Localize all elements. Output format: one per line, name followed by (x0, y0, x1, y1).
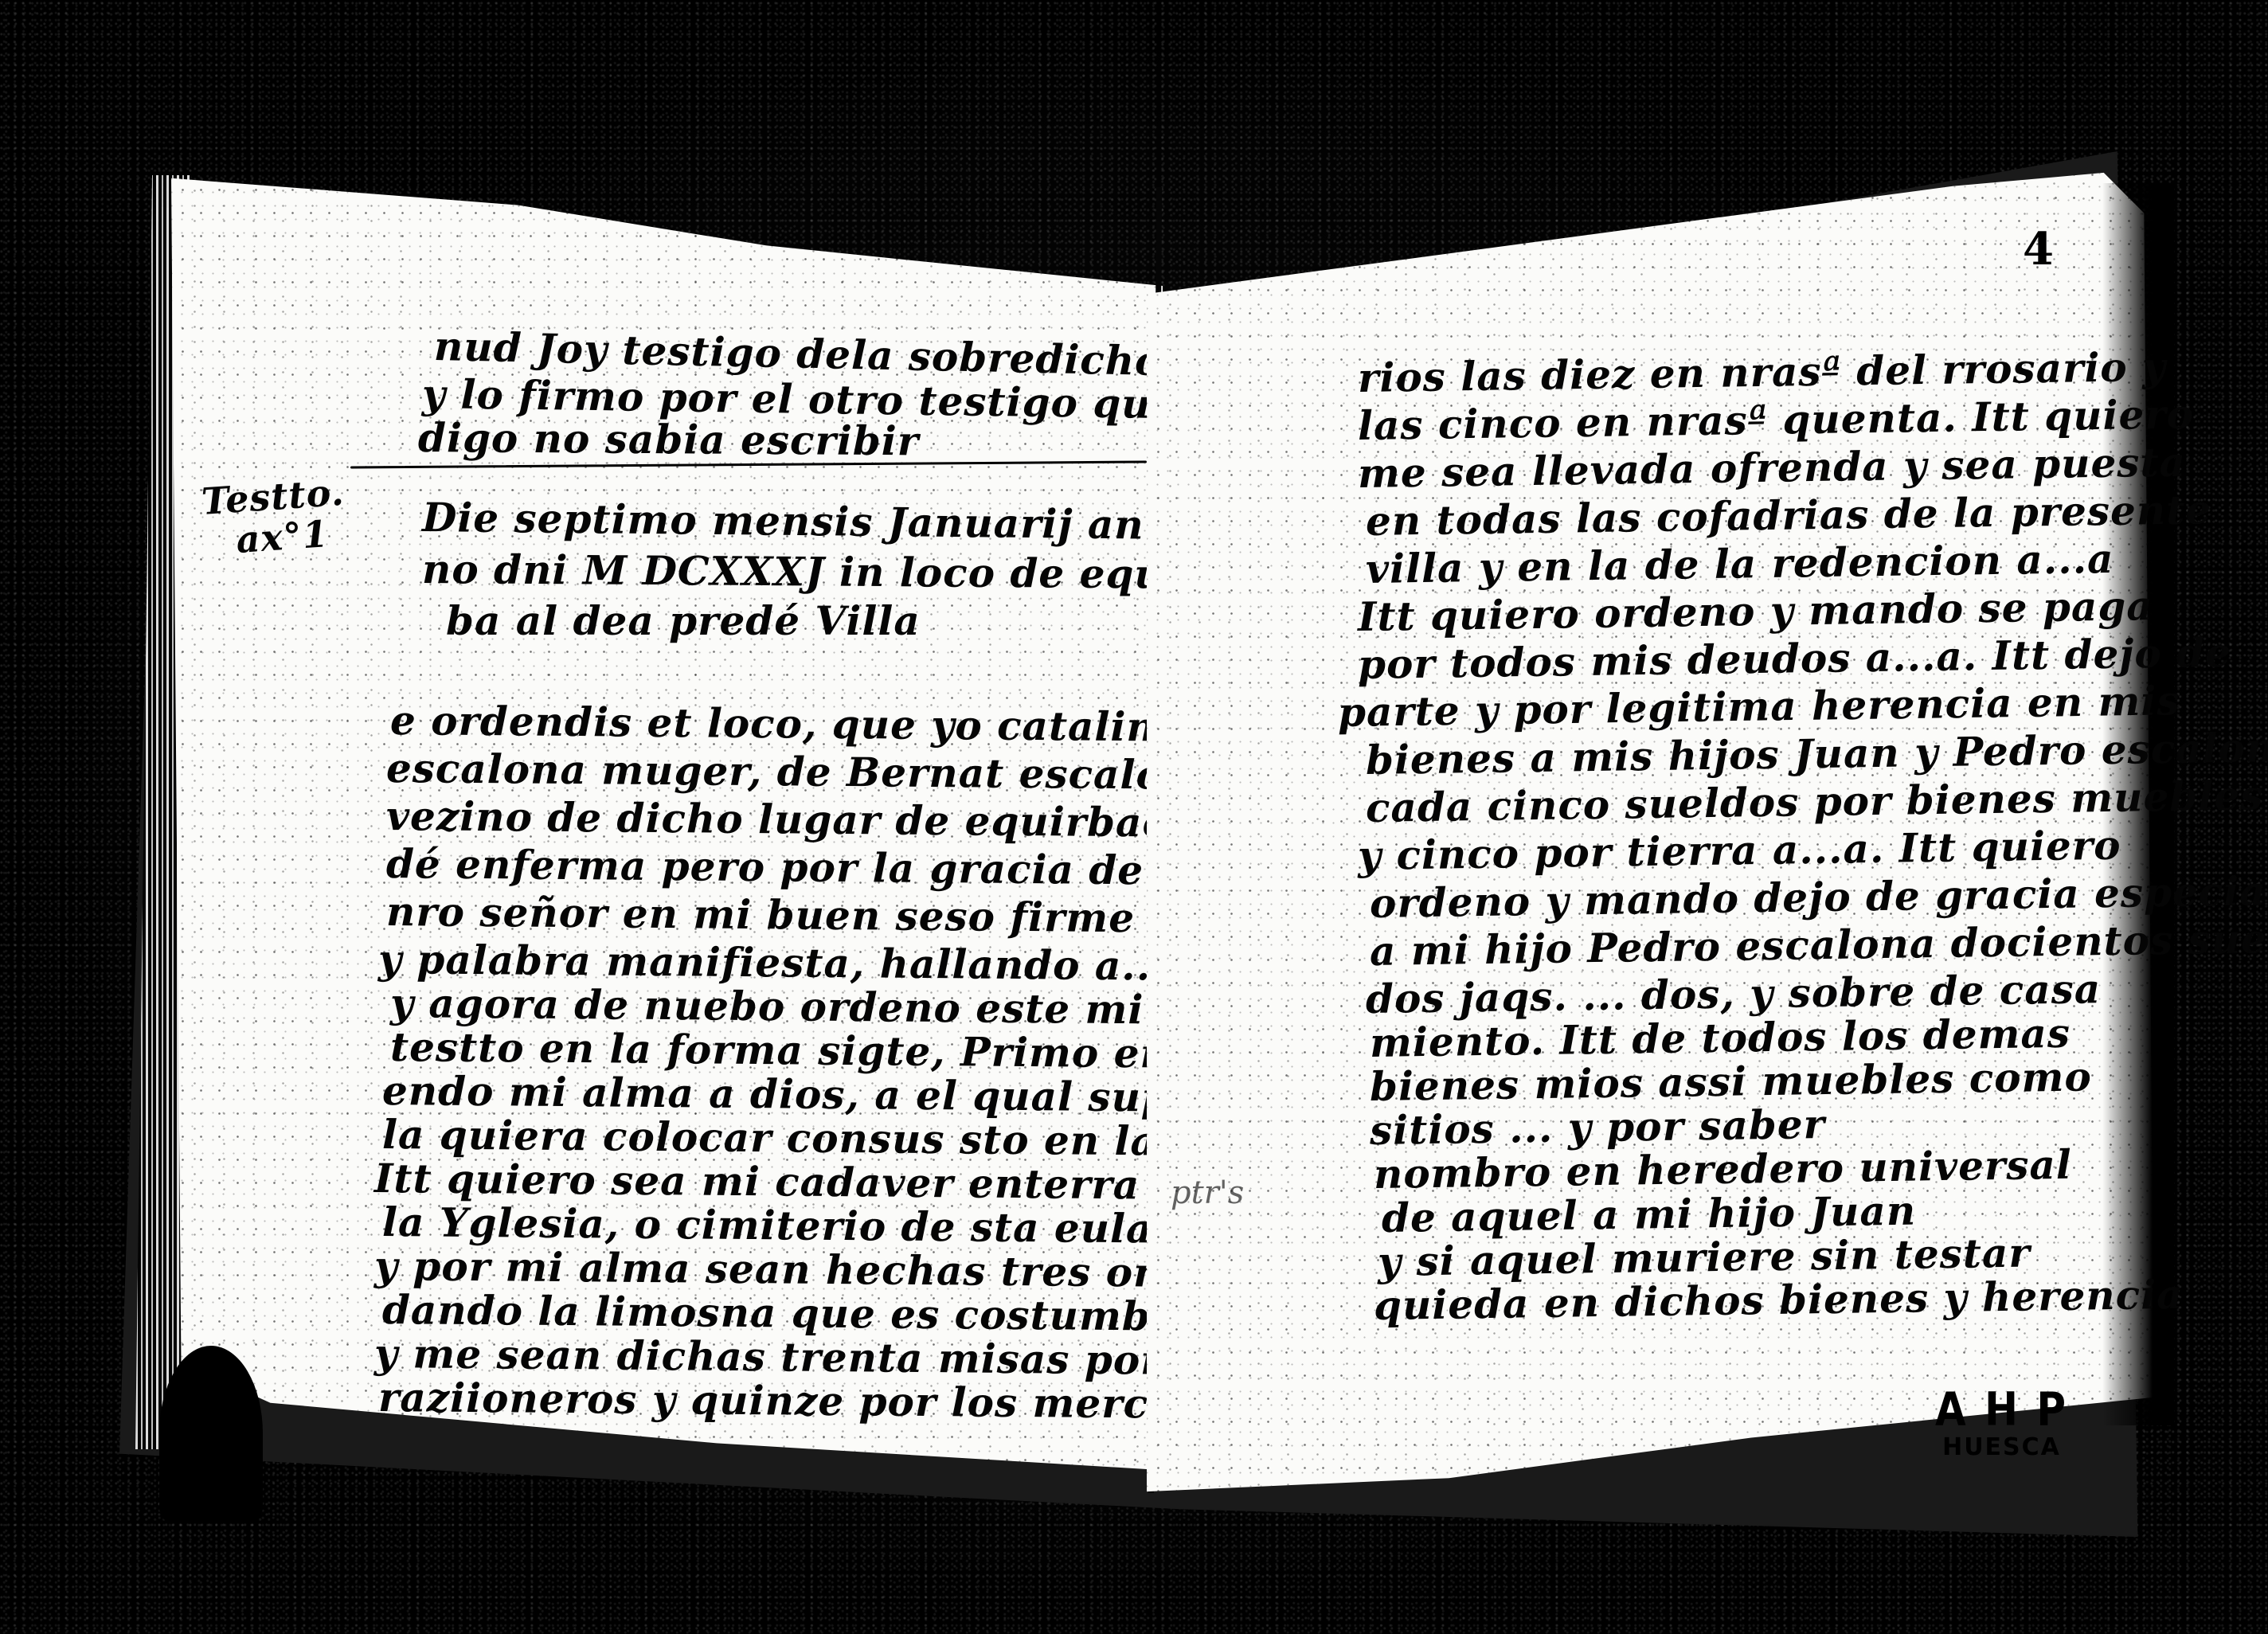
left-body-line: la Yglesia, o cimiterio de sta eulalia (382, 1202, 1211, 1249)
right-body-line: en todas las cofadrias de la presente (1366, 490, 2212, 541)
right-body-line: a mi hijo Pedro escalona docientos suel (1370, 919, 2268, 971)
right-body-line: villa y en la de la redencion a...a (1366, 539, 2114, 589)
left-body-line: dé enferma pero por la gracia de dios (386, 844, 1253, 892)
page-corner-shadow (159, 1346, 263, 1521)
left-top-line-3: digo no sabia escribir (418, 418, 919, 461)
right-body-line: Itt quiero ordeno y mando se paga (1358, 586, 2153, 637)
archive-stamp: A H P HUESCA (1935, 1390, 2068, 1460)
right-body-line: quieda en dichos bienes y herencia (1374, 1275, 2184, 1326)
manuscript-scan: nud Joy testigo dela sobredicho y lo fir… (0, 0, 2268, 1634)
right-body-line: las cinco en nrasª quenta. Itt quiero (1358, 394, 2195, 446)
margin-note-line-2: ax°1 (235, 512, 349, 560)
archive-stamp-city: HUESCA (1935, 1436, 2068, 1460)
right-body-line: bienes a mis hijos Juan y Pedro escalona (1366, 728, 2268, 780)
right-body-line: sitios ... y por saber (1370, 1104, 1826, 1151)
right-body-line: por todos mis deudos a...a. Itt dejo de (1358, 633, 2232, 685)
right-body-line: bienes mios assi muebles como (1370, 1057, 2092, 1107)
margin-note: Testto. ax°1 (200, 472, 348, 562)
heading-line-2: no dni M DCXXXJ in loco de equi (422, 549, 1180, 595)
left-body-line: e ordendis et loco, que yo catalina (390, 701, 1183, 748)
right-body-line: me sea llevada ofrenda y sea puesta (1358, 442, 2187, 494)
archive-stamp-initials: A H P (1935, 1386, 2068, 1433)
right-body-line: cada cinco sueldos por bienes muebles (1366, 776, 2264, 828)
bleed-through-text: ptr's (1171, 1175, 1244, 1211)
folio-number: 4 (2023, 223, 2054, 276)
right-body-line: rios las diez en nrasª del rrosario y (1358, 347, 2167, 398)
left-body-line: vezino de dicho lugar de equirbache (386, 796, 1224, 843)
left-body-line: dando la limosna que es costumbre (382, 1290, 1199, 1337)
right-body-line: nombro en heredero universal (1374, 1145, 2073, 1194)
right-body-line: y cinco por tierra a...a. Itt quiero (1358, 826, 2121, 876)
left-body-line: y palabra manifiesta, hallando a...a (378, 940, 1192, 987)
right-body-line: parte y por legitima herencia en mis (1338, 681, 2180, 733)
heading-line-3: ba al dea predé Villa (446, 601, 921, 641)
right-body-line: ordeno y mando dejo de gracia especial (1370, 871, 2268, 924)
left-body-line: escalona muger, de Bernat escalona (386, 749, 1220, 795)
heading-line-1: Die septimo mensis Januarij an (422, 498, 1144, 545)
